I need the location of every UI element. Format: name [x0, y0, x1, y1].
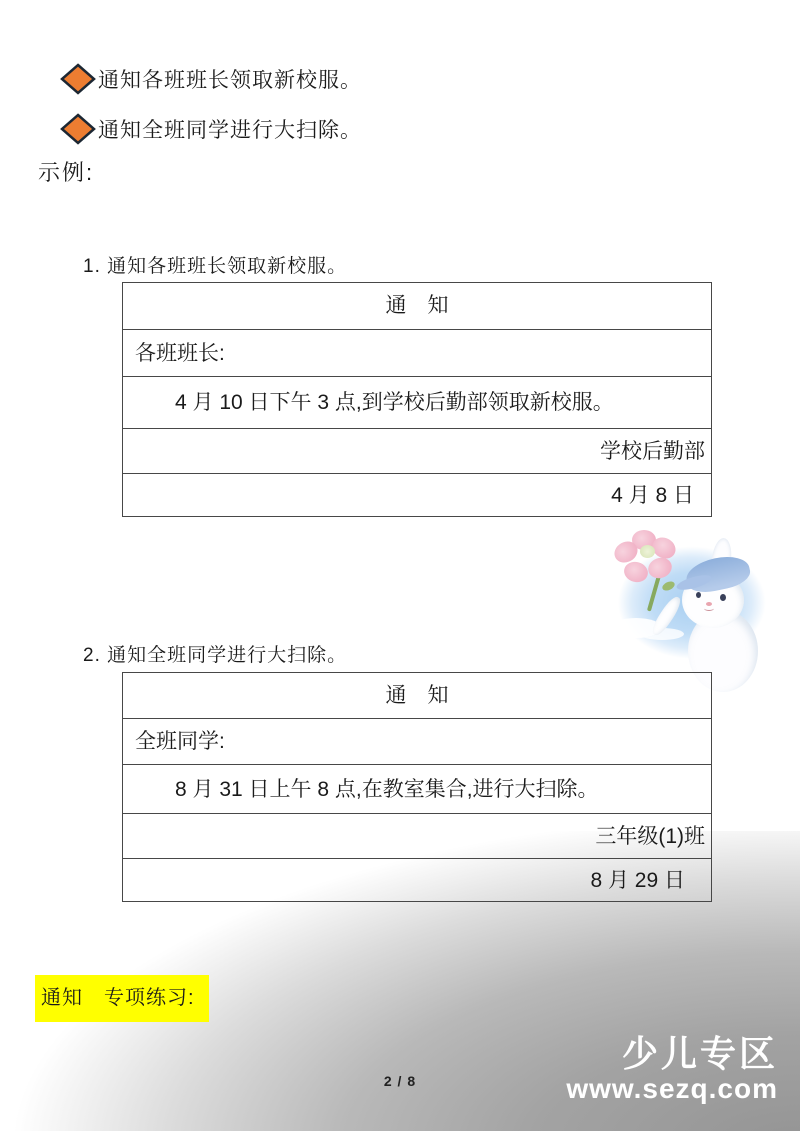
task-bullet-2: 通知全班同学进行大扫除。	[60, 111, 362, 147]
notice-2-header: 通 知	[123, 673, 711, 718]
bunny-eye	[720, 594, 726, 601]
bunny-eye	[696, 592, 701, 598]
bunny-flower-illustration	[592, 530, 800, 695]
notice-1-header: 通 知	[123, 283, 711, 329]
watermark-site-url: www.sezq.com	[566, 1074, 778, 1104]
flower-center	[640, 545, 655, 558]
practice-section-heading: 通知 专项练习:	[35, 975, 209, 1022]
example-1-title: 1. 通知各班班长领取新校服。	[83, 251, 347, 278]
notice-2-signer: 三年级(1)班	[123, 813, 711, 858]
example-2-title: 2. 通知全班同学进行大扫除。	[83, 640, 347, 667]
notice-2-salutation: 全班同学:	[123, 718, 711, 764]
task-bullet-1-label: 通知各班班长领取新校服。	[98, 64, 362, 94]
diamond-bullet-icon	[60, 63, 96, 95]
watermark: 少儿专区 www.sezq.com	[566, 1034, 778, 1104]
notice-2-date: 8 月 29 日	[123, 858, 711, 901]
notice-table-1: 通 知 各班班长: 4 月 10 日下午 3 点,到学校后勤部领取新校服。 学校…	[122, 282, 712, 517]
examples-heading: 示例:	[38, 156, 94, 187]
notice-1-body: 4 月 10 日下午 3 点,到学校后勤部领取新校服。	[123, 376, 711, 428]
notice-1-date: 4 月 8 日	[123, 473, 711, 516]
diamond-bullet-icon	[60, 113, 96, 145]
notice-1-salutation: 各班班长:	[123, 329, 711, 376]
notice-table-2: 通 知 全班同学: 8 月 31 日上午 8 点,在教室集合,进行大扫除。 三年…	[122, 672, 712, 902]
watermark-site-name: 少儿专区	[566, 1034, 778, 1074]
notice-1-signer: 学校后勤部	[123, 428, 711, 473]
bunny-mouth	[704, 606, 714, 611]
worksheet-page: 通知各班班长领取新校服。 通知全班同学进行大扫除。 示例: 1. 通知各班班长领…	[0, 0, 800, 1131]
task-bullet-2-label: 通知全班同学进行大扫除。	[98, 114, 362, 144]
task-bullet-1: 通知各班班长领取新校服。	[60, 61, 362, 97]
notice-2-body: 8 月 31 日上午 8 点,在教室集合,进行大扫除。	[123, 764, 711, 813]
